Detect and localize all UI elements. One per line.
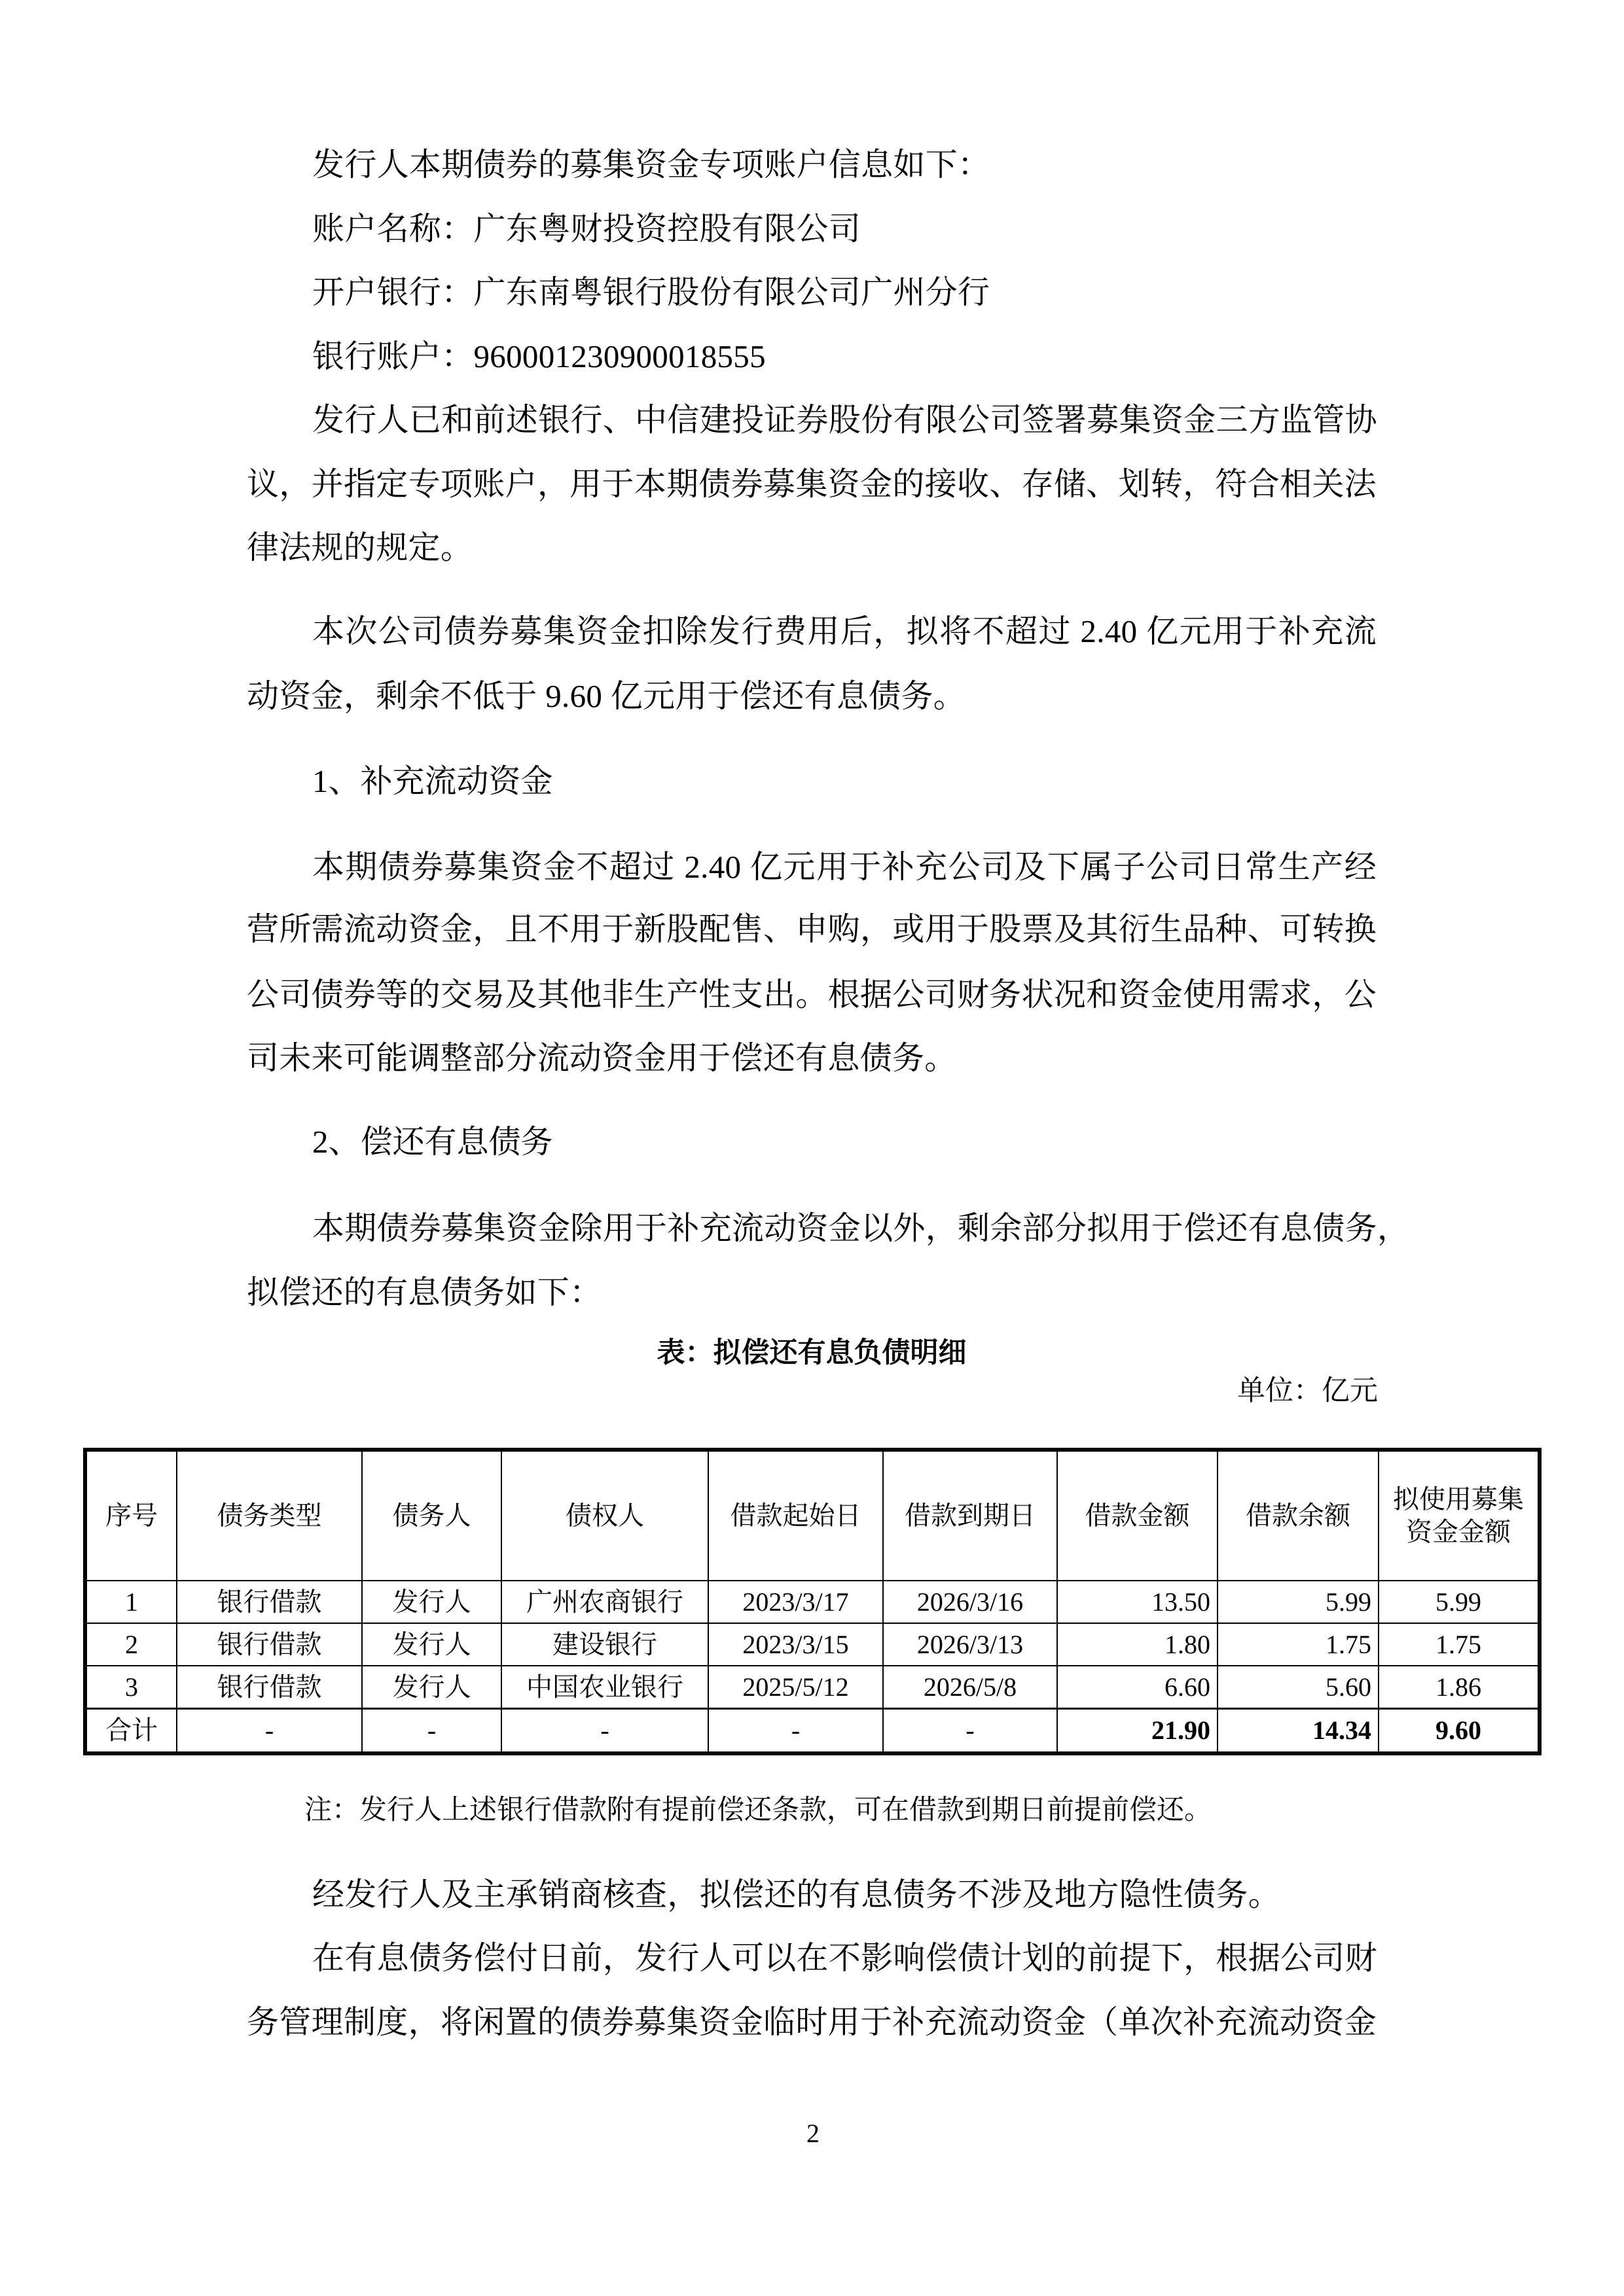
- cell-debt-type: 银行借款: [177, 1581, 362, 1623]
- table-note: 注：发行人上述银行借款附有提前偿还条款，可在借款到期日前提前偿还。: [304, 1792, 1212, 1829]
- paragraph-line: 在有息债务偿付日前，发行人可以在不影响偿债计划的前提下，根据公司财: [312, 1939, 1377, 1978]
- page-number: 2: [800, 2117, 826, 2150]
- verification-paragraph: 经发行人及主承销商核查，拟偿还的有息债务不涉及地方隐性债务。: [312, 1875, 1377, 1914]
- header-maturity-date: 借款到期日: [883, 1450, 1057, 1581]
- cell-proceeds-amount: 1.86: [1379, 1666, 1540, 1709]
- paragraph-line: 公司债券等的交易及其他非生产性支出。根据公司财务状况和资金使用需求，公: [247, 975, 1377, 1014]
- cell-debtor: 发行人: [362, 1623, 501, 1666]
- header-start-date: 借款起始日: [708, 1450, 883, 1581]
- paragraph-line: 动资金，剩余不低于 9.60 亿元用于偿还有息债务。: [247, 677, 1377, 716]
- cell-loan-balance: 5.99: [1218, 1581, 1379, 1623]
- cell-creditor: 建设银行: [501, 1623, 708, 1666]
- cell-total-loan-balance: 14.34: [1218, 1709, 1379, 1754]
- cell-total-maturity-date: -: [883, 1709, 1057, 1754]
- table-title: 表：拟偿还有息负债明细: [641, 1335, 982, 1372]
- cell-loan-balance: 5.60: [1218, 1666, 1379, 1709]
- cell-maturity-date: 2026/3/16: [883, 1581, 1057, 1623]
- table-unit: 单位：亿元: [1231, 1373, 1378, 1410]
- table-header-row: 序号 债务类型 债务人 债权人 借款起始日 借款到期日 借款金额 借款余额 拟使…: [85, 1450, 1540, 1581]
- paragraph-line: 律法规的规定。: [247, 528, 1377, 567]
- table-row: 3 银行借款 发行人 中国农业银行 2025/5/12 2026/5/8 6.6…: [85, 1666, 1540, 1709]
- cell-maturity-date: 2026/3/13: [883, 1623, 1057, 1666]
- paragraph-line: 司未来可能调整部分流动资金用于偿还有息债务。: [247, 1039, 1377, 1078]
- paragraph-line: 营所需流动资金，且不用于新股配售、申购，或用于股票及其衍生品种、可转换: [247, 910, 1377, 949]
- section-heading-2: 2、偿还有息债务: [312, 1122, 553, 1162]
- cell-total-start-date: -: [708, 1709, 883, 1754]
- cell-total-label: 合计: [85, 1709, 177, 1754]
- cell-debtor: 发行人: [362, 1666, 501, 1709]
- cell-debt-type: 银行借款: [177, 1666, 362, 1709]
- cell-index: 1: [85, 1581, 177, 1623]
- paragraph-line: 务管理制度，将闲置的债券募集资金临时用于补充流动资金（单次补充流动资金: [247, 2003, 1377, 2042]
- cell-proceeds-amount: 5.99: [1379, 1581, 1540, 1623]
- section-heading-1: 1、补充流动资金: [312, 762, 553, 801]
- header-debtor: 债务人: [362, 1450, 501, 1581]
- paragraph-line: 拟偿还的有息债务如下：: [247, 1273, 1377, 1312]
- account-number: 银行账户：960001230900018555: [312, 337, 1377, 376]
- account-intro: 发行人本期债券的募集资金专项账户信息如下：: [312, 145, 1377, 185]
- debt-table: 序号 债务类型 债务人 债权人 借款起始日 借款到期日 借款金额 借款余额 拟使…: [83, 1448, 1542, 1755]
- paragraph-line: 本次公司债券募集资金扣除发行费用后，拟将不超过 2.40 亿元用于补充流: [312, 612, 1377, 651]
- account-bank: 开户银行：广东南粤银行股份有限公司广州分行: [312, 273, 1377, 312]
- table-row: 1 银行借款 发行人 广州农商银行 2023/3/17 2026/3/16 13…: [85, 1581, 1540, 1623]
- cell-start-date: 2023/3/17: [708, 1581, 883, 1623]
- header-creditor: 债权人: [501, 1450, 708, 1581]
- header-proceeds-amount: 拟使用募集资金金额: [1379, 1450, 1540, 1581]
- cell-total-debt-type: -: [177, 1709, 362, 1754]
- cell-index: 3: [85, 1666, 177, 1709]
- cell-debtor: 发行人: [362, 1581, 501, 1623]
- account-name: 账户名称：广东粤财投资控股有限公司: [312, 209, 1377, 249]
- header-debt-type: 债务类型: [177, 1450, 362, 1581]
- cell-debt-type: 银行借款: [177, 1623, 362, 1666]
- paragraph-line: 本期债券募集资金除用于补充流动资金以外，剩余部分拟用于偿还有息债务，: [312, 1209, 1377, 1248]
- paragraph-line: 议，并指定专项账户，用于本期债券募集资金的接收、存储、划转，符合相关法: [247, 465, 1377, 504]
- cell-total-loan-amount: 21.90: [1057, 1709, 1218, 1754]
- paragraph-line: 发行人已和前述银行、中信建投证券股份有限公司签署募集资金三方监管协: [312, 401, 1377, 440]
- cell-proceeds-amount: 1.75: [1379, 1623, 1540, 1666]
- table-row: 2 银行借款 发行人 建设银行 2023/3/15 2026/3/13 1.80…: [85, 1623, 1540, 1666]
- cell-total-proceeds-amount: 9.60: [1379, 1709, 1540, 1754]
- cell-loan-balance: 1.75: [1218, 1623, 1379, 1666]
- cell-start-date: 2025/5/12: [708, 1666, 883, 1709]
- cell-loan-amount: 1.80: [1057, 1623, 1218, 1666]
- header-loan-amount: 借款金额: [1057, 1450, 1218, 1581]
- cell-loan-amount: 6.60: [1057, 1666, 1218, 1709]
- cell-loan-amount: 13.50: [1057, 1581, 1218, 1623]
- header-loan-balance: 借款余额: [1218, 1450, 1379, 1581]
- cell-creditor: 广州农商银行: [501, 1581, 708, 1623]
- header-index: 序号: [85, 1450, 177, 1581]
- cell-total-debtor: -: [362, 1709, 501, 1754]
- cell-start-date: 2023/3/15: [708, 1623, 883, 1666]
- cell-maturity-date: 2026/5/8: [883, 1666, 1057, 1709]
- paragraph-line: 本期债券募集资金不超过 2.40 亿元用于补充公司及下属子公司日常生产经: [312, 848, 1377, 887]
- table-total-row: 合计 - - - - - 21.90 14.34 9.60: [85, 1709, 1540, 1754]
- cell-creditor: 中国农业银行: [501, 1666, 708, 1709]
- cell-total-creditor: -: [501, 1709, 708, 1754]
- cell-index: 2: [85, 1623, 177, 1666]
